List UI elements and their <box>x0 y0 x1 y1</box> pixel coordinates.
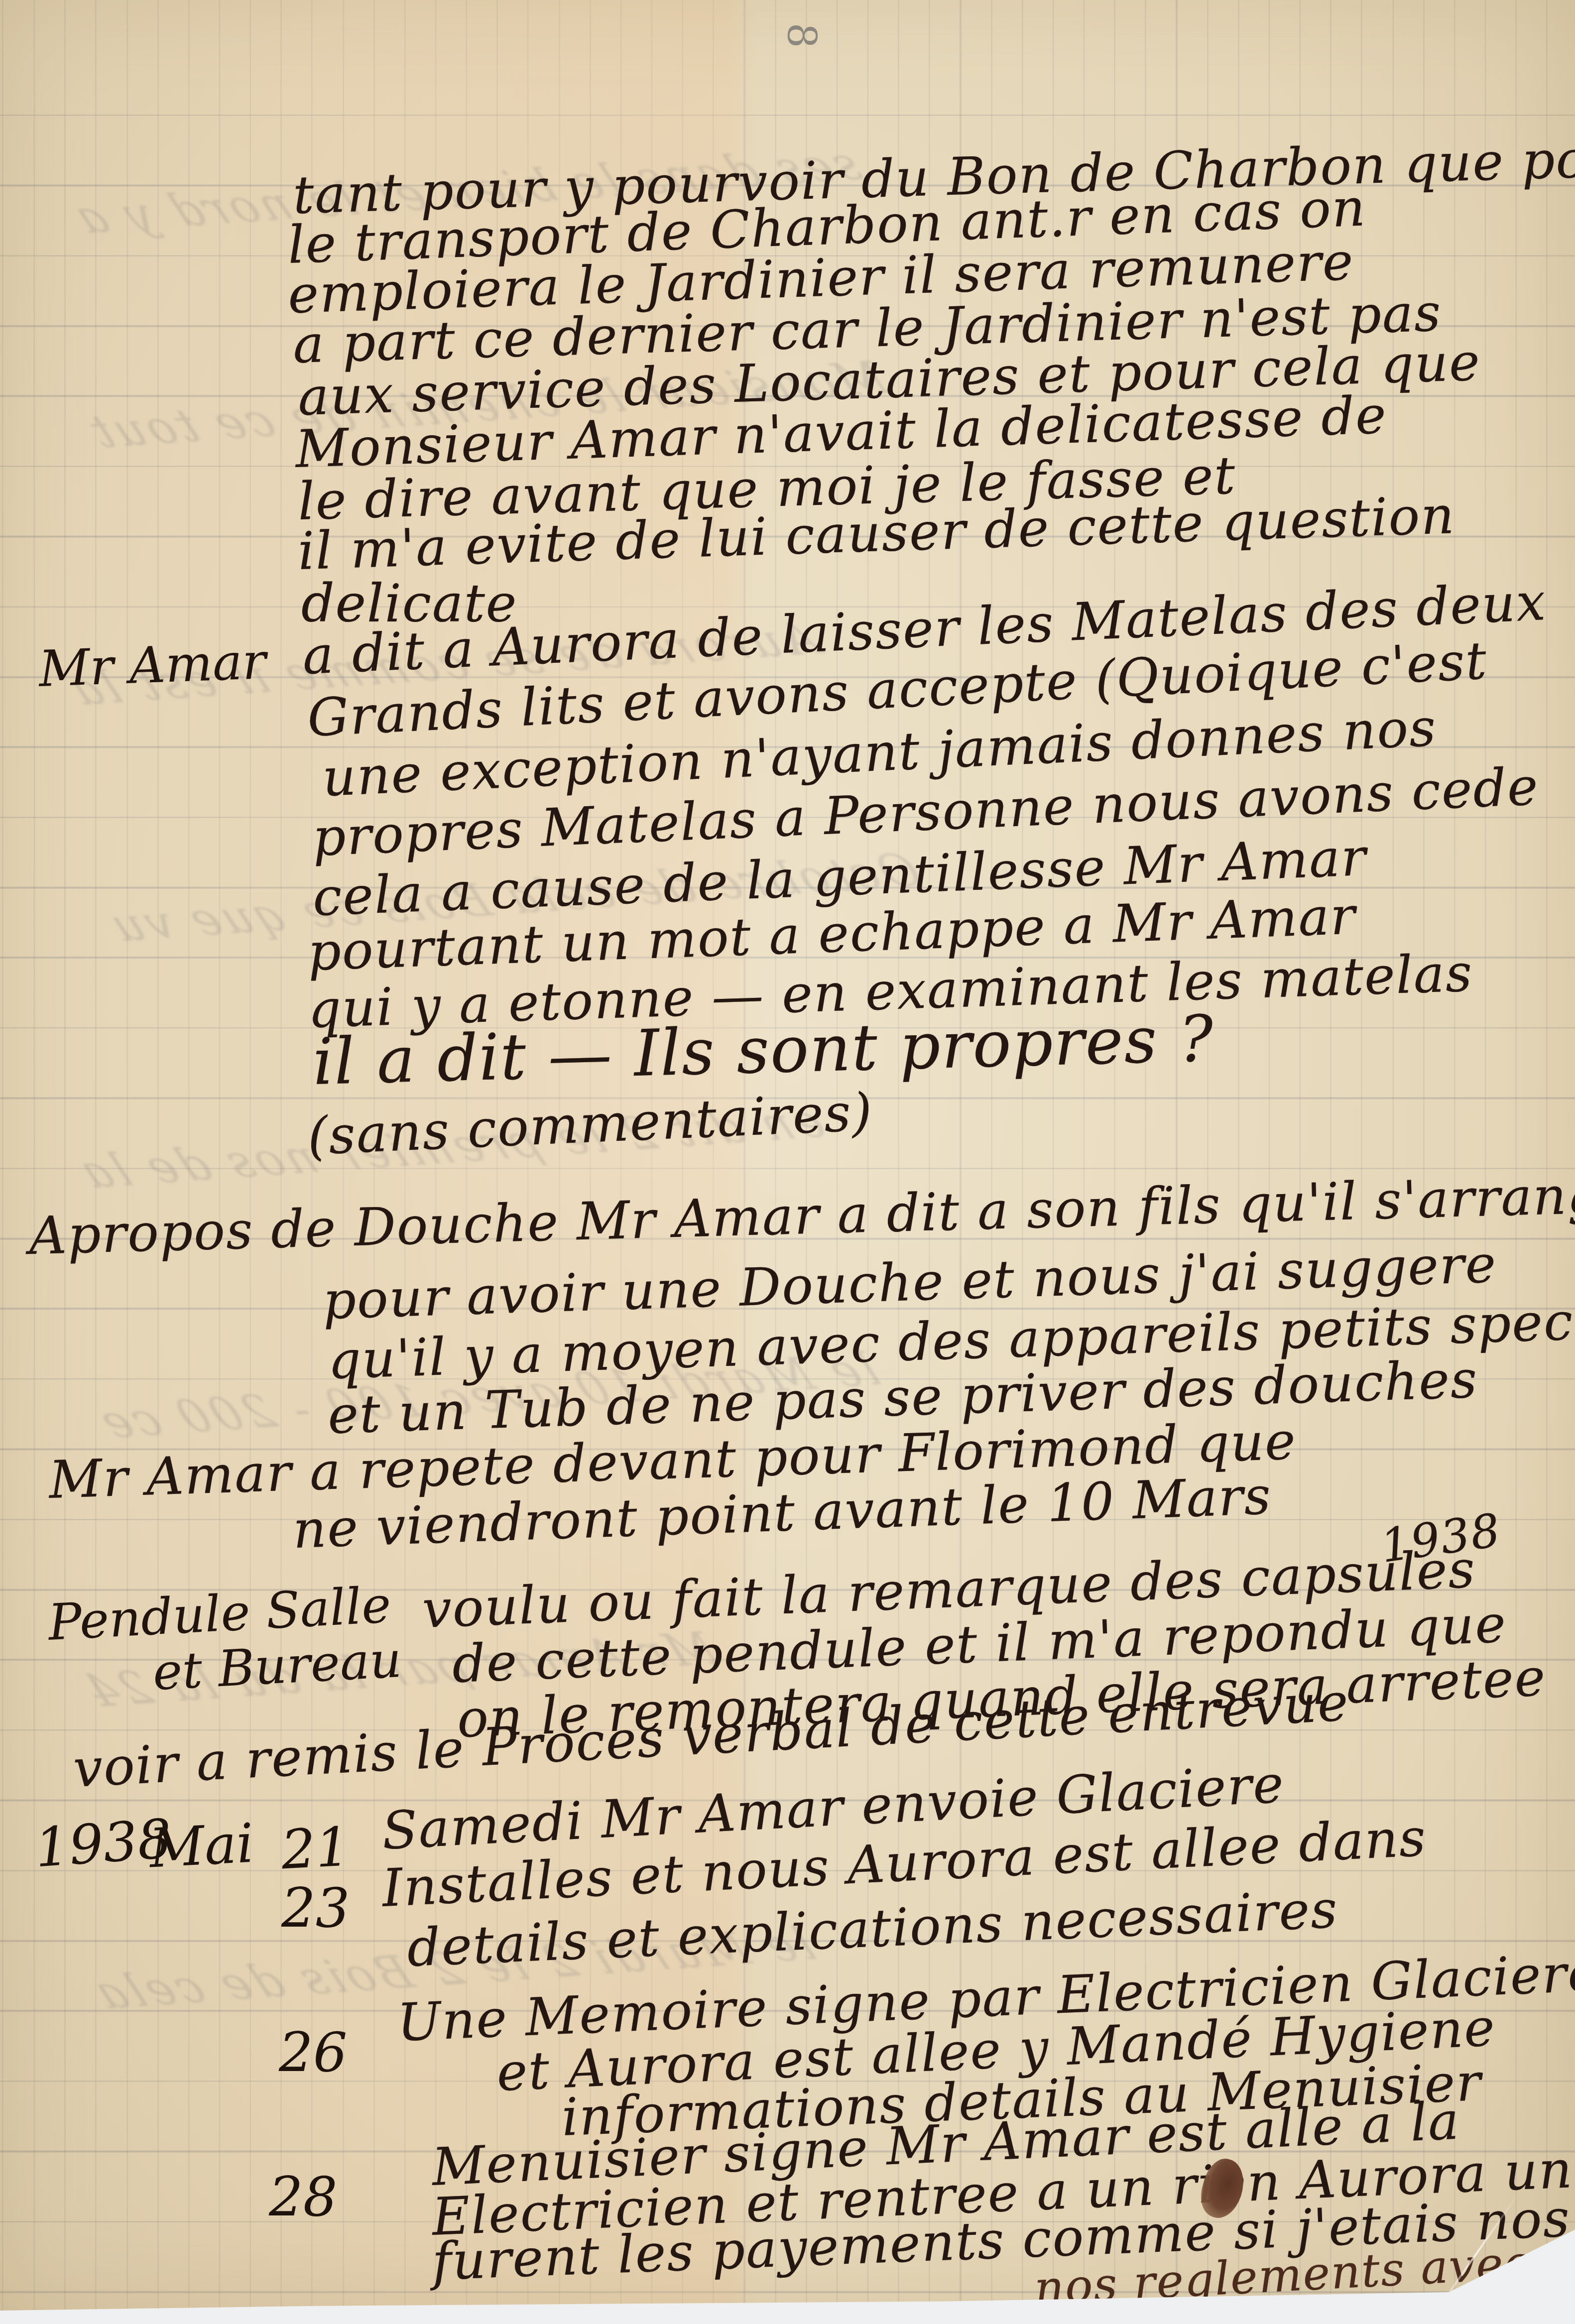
diary-day: 28 <box>269 2166 337 2228</box>
diary-day: 26 <box>279 2022 347 2084</box>
diary-day: 23 <box>281 1877 350 1940</box>
margin-note-mr-amar: Mr Amar <box>38 632 267 698</box>
page-number: 8 <box>778 22 826 49</box>
manuscript-page: ses dans le bien et le nord y a Monsieur… <box>0 0 1575 2311</box>
diary-month: Mai <box>148 1813 255 1880</box>
diary-day: 21 <box>280 1816 352 1881</box>
